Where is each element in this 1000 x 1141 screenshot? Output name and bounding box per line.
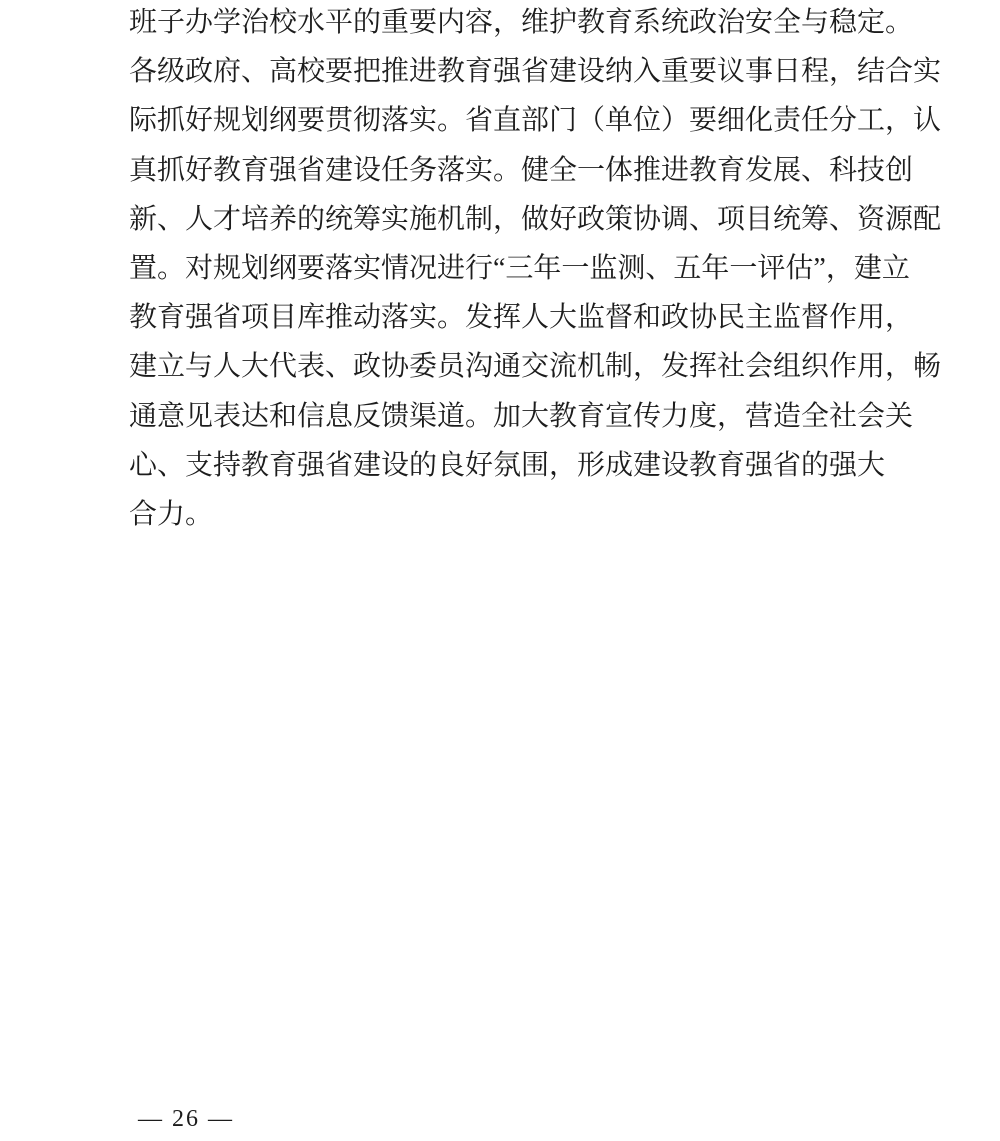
page-footer: — 26 —: [138, 1106, 234, 1133]
text-line: 班子办学治校水平的重要内容，维护教育系统政治安全与稳定。: [129, 0, 877, 47]
text-line: 际抓好规划纲要贯彻落实。省直部门（单位）要细化责任分工，认: [129, 96, 877, 145]
body-paragraph: 班子办学治校水平的重要内容，维护教育系统政治安全与稳定。各级政府、高校要把推进教…: [129, 0, 877, 539]
text-line: 各级政府、高校要把推进教育强省建设纳入重要议事日程，结合实: [129, 47, 877, 96]
text-line: 通意见表达和信息反馈渠道。加大教育宣传力度，营造全社会关: [129, 392, 877, 441]
text-line: 真抓好教育强省建设任务落实。健全一体推进教育发展、科技创: [129, 146, 877, 195]
page-number: — 26 —: [138, 1106, 234, 1132]
text-line: 合力。: [129, 490, 877, 539]
text-line: 心、支持教育强省建设的良好氛围，形成建设教育强省的强大: [129, 441, 877, 490]
document-page: 班子办学治校水平的重要内容，维护教育系统政治安全与稳定。各级政府、高校要把推进教…: [0, 0, 1000, 1141]
text-line: 置。对规划纲要落实情况进行“三年一监测、五年一评估”，建立: [129, 244, 877, 293]
text-line: 建立与人大代表、政协委员沟通交流机制，发挥社会组织作用，畅: [129, 342, 877, 391]
text-line: 教育强省项目库推动落实。发挥人大监督和政协民主监督作用，: [129, 293, 877, 342]
text-line: 新、人才培养的统筹实施机制，做好政策协调、项目统筹、资源配: [129, 195, 877, 244]
